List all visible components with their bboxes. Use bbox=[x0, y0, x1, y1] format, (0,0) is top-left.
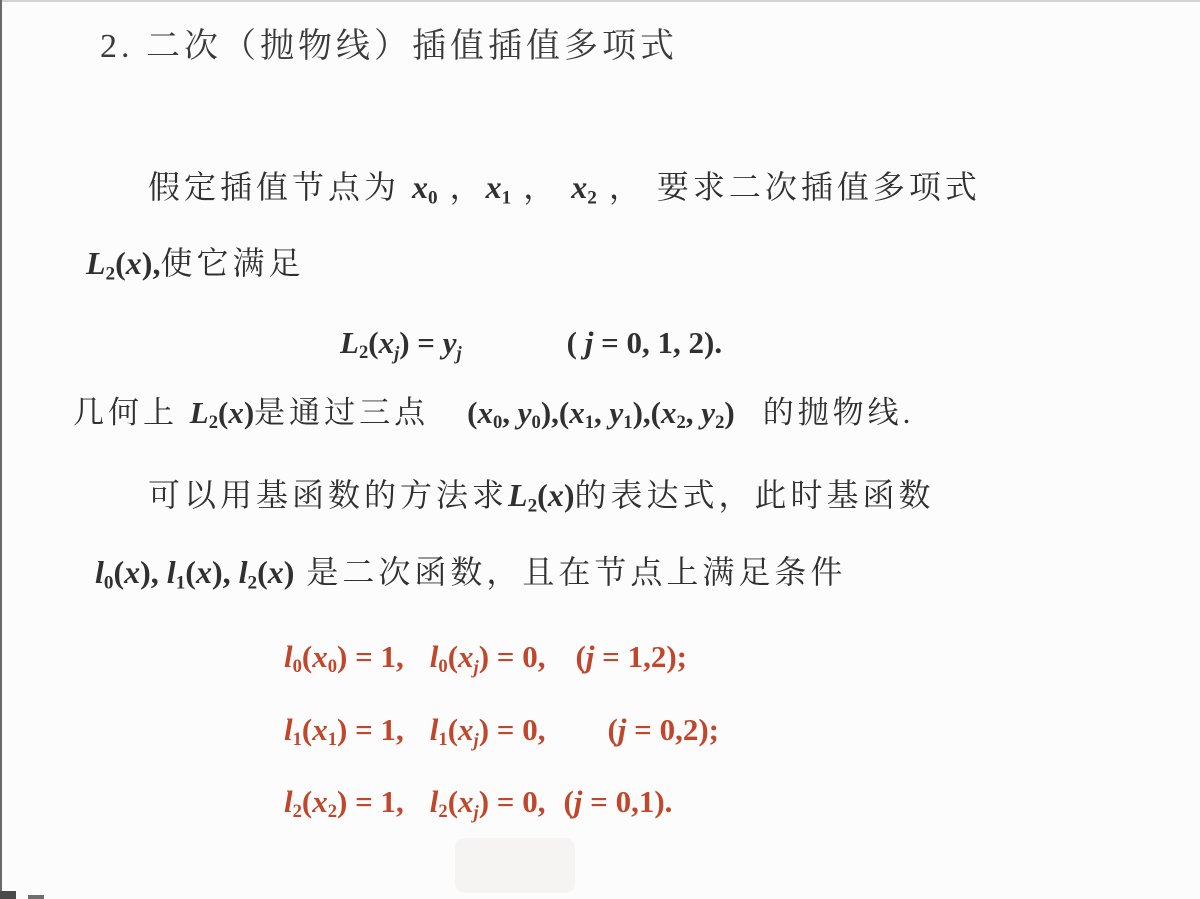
math-segment: L bbox=[190, 395, 209, 430]
math-segment: ) = 1, bbox=[337, 639, 404, 674]
spacer bbox=[404, 811, 430, 812]
math-segment: 1 bbox=[328, 729, 337, 750]
text-segment: 可以用基函数的方法求 bbox=[148, 477, 508, 513]
math-segment: ( bbox=[257, 554, 268, 590]
math-segment: y bbox=[443, 325, 457, 360]
math-segment: L bbox=[340, 325, 359, 360]
math-segment: 1 bbox=[502, 187, 512, 208]
math-segment: y bbox=[610, 395, 624, 430]
math-segment: ( bbox=[113, 554, 124, 590]
title-line: 2. 二次（抛物线）插值插值多项式 bbox=[100, 26, 678, 69]
spacer bbox=[735, 422, 763, 423]
line-setup: 假定插值节点为 x0 ，x1 ， x2 ， 要求二次插值多项式 bbox=[148, 167, 981, 210]
math-segment: y bbox=[518, 395, 532, 430]
math-segment: x bbox=[312, 639, 328, 674]
math-segment: ( bbox=[575, 639, 585, 674]
text-segment: 是二次函数，且在节点上满足条件 bbox=[294, 554, 846, 590]
math-segment: ( bbox=[115, 245, 126, 281]
spacer bbox=[404, 666, 430, 667]
math-segment: 1 bbox=[293, 729, 302, 750]
math-segment: , bbox=[686, 395, 702, 430]
text-segment: 是通过三点 bbox=[254, 395, 429, 430]
math-segment: = 1,2); bbox=[594, 639, 687, 674]
math-segment: ( bbox=[467, 395, 477, 430]
math-segment: l bbox=[95, 554, 104, 590]
slide-background: 2. 二次（抛物线）插值插值多项式假定插值节点为 x0 ，x1 ， x2 ， 要… bbox=[0, 0, 1200, 899]
math-segment: ) = 1, bbox=[337, 784, 404, 819]
math-segment: 2 bbox=[715, 412, 724, 433]
math-segment: x bbox=[458, 639, 474, 674]
math-segment: x bbox=[458, 712, 474, 747]
math-segment: x bbox=[569, 395, 585, 430]
line-basis-functions: l0(x), l1(x), l2(x) 是二次函数，且在节点上满足条件 bbox=[95, 552, 846, 595]
math-segment: 2 bbox=[247, 572, 257, 593]
math-segment: 2 bbox=[359, 342, 368, 363]
math-segment: L bbox=[508, 477, 528, 513]
math-segment: l bbox=[284, 712, 293, 747]
math-segment: = 0,2); bbox=[626, 712, 719, 747]
math-segment: ),( bbox=[541, 395, 569, 430]
formula-l0-conditions: l0(x0) = 1,l0(xj) = 0,(j = 1,2); bbox=[284, 638, 687, 680]
math-segment: x bbox=[312, 712, 328, 747]
math-segment: ( bbox=[302, 712, 312, 747]
left-edge-line bbox=[0, 0, 2, 899]
math-segment: 1 bbox=[585, 412, 594, 433]
math-segment: x bbox=[571, 169, 587, 205]
top-edge-line bbox=[0, 0, 1200, 2]
math-segment: 2 bbox=[438, 801, 447, 822]
math-segment: = 0,1). bbox=[582, 784, 672, 819]
math-segment: x bbox=[268, 554, 284, 590]
math-segment: , bbox=[594, 395, 610, 430]
text-segment: ， bbox=[438, 169, 486, 205]
math-segment: ), bbox=[140, 554, 167, 590]
text-segment: 的抛物线. bbox=[763, 395, 915, 430]
math-segment: x bbox=[228, 395, 244, 430]
math-segment: x bbox=[477, 395, 493, 430]
math-segment: 2 bbox=[293, 801, 302, 822]
math-segment: ) bbox=[564, 477, 575, 513]
spacer bbox=[429, 422, 467, 423]
math-segment: l bbox=[167, 554, 176, 590]
math-segment: l bbox=[284, 639, 293, 674]
math-segment: j bbox=[457, 343, 462, 364]
math-segment: 0 bbox=[328, 656, 337, 677]
math-segment: ( bbox=[563, 784, 573, 819]
text-segment: 几何上 bbox=[73, 395, 190, 430]
text-segment: 2. 二次（抛物线）插值插值多项式 bbox=[100, 28, 678, 65]
math-segment: 2 bbox=[328, 801, 337, 822]
math-segment: 2 bbox=[528, 495, 538, 516]
math-segment: x bbox=[458, 784, 474, 819]
spacer bbox=[404, 739, 430, 740]
math-segment: 1 bbox=[176, 572, 186, 593]
bottom-left-corner-mark-2 bbox=[28, 895, 44, 899]
math-segment: ( bbox=[448, 712, 458, 747]
math-segment: ), bbox=[142, 245, 161, 281]
text-segment: 假定插值节点为 bbox=[148, 169, 412, 205]
bottom-left-corner-mark bbox=[0, 891, 16, 899]
math-segment: 2 bbox=[587, 187, 597, 208]
text-segment: 使它满足 bbox=[160, 245, 304, 281]
math-segment: = 0, 1, 2). bbox=[593, 325, 722, 360]
math-segment: x bbox=[661, 395, 677, 430]
math-segment: 1 bbox=[623, 412, 632, 433]
text-segment: 的表达式，此时基函数 bbox=[574, 477, 934, 513]
math-segment: 1 bbox=[438, 729, 447, 750]
math-segment: ( bbox=[218, 395, 228, 430]
math-segment: ( bbox=[537, 477, 548, 513]
math-segment: x bbox=[412, 169, 428, 205]
text-segment: ， bbox=[511, 169, 571, 205]
math-segment: y bbox=[701, 395, 715, 430]
math-segment: ( bbox=[368, 325, 378, 360]
math-segment: x bbox=[124, 554, 140, 590]
line-l2-intro: L2(x),使它满足 bbox=[86, 243, 304, 286]
math-segment: 0 bbox=[493, 412, 502, 433]
formula-l2-conditions: l2(x2) = 1,l2(xj) = 0,(j = 0,1). bbox=[284, 783, 672, 825]
math-segment: x bbox=[379, 325, 395, 360]
math-segment: ) = 1, bbox=[337, 712, 404, 747]
math-segment: ) bbox=[244, 395, 254, 430]
math-segment: ( bbox=[448, 639, 458, 674]
math-segment: 2 bbox=[677, 412, 686, 433]
faint-smudge-artifact bbox=[455, 838, 575, 893]
math-segment: x bbox=[126, 245, 142, 281]
math-segment: 0 bbox=[532, 412, 541, 433]
math-segment: ( bbox=[302, 784, 312, 819]
math-segment: ( bbox=[448, 784, 458, 819]
math-segment: ) = 0, bbox=[479, 784, 546, 819]
math-segment: ),( bbox=[633, 395, 661, 430]
math-segment: ) bbox=[724, 395, 734, 430]
math-segment: x bbox=[196, 554, 212, 590]
math-segment: 0 bbox=[438, 656, 447, 677]
line-basis-method: 可以用基函数的方法求L2(x)的表达式，此时基函数 bbox=[148, 475, 934, 518]
formula-interpolation-condition: L2(xj) = yj( j = 0, 1, 2). bbox=[340, 324, 722, 366]
math-segment: ( bbox=[607, 712, 617, 747]
math-segment: ) = 0, bbox=[479, 639, 546, 674]
formula-l1-conditions: l1(x1) = 1,l1(xj) = 0,(j = 0,2); bbox=[284, 711, 719, 753]
math-segment: ) = 0, bbox=[479, 712, 546, 747]
spacer bbox=[545, 739, 607, 740]
math-segment: x bbox=[548, 477, 564, 513]
math-segment: 2 bbox=[106, 263, 116, 284]
math-segment: , bbox=[502, 395, 518, 430]
spacer bbox=[462, 352, 567, 353]
math-segment: l bbox=[284, 784, 293, 819]
math-segment: ( bbox=[567, 325, 585, 360]
math-segment: ) bbox=[284, 554, 295, 590]
math-segment: x bbox=[312, 784, 328, 819]
text-segment: ， 要求二次插值多项式 bbox=[597, 169, 981, 205]
spacer bbox=[545, 666, 575, 667]
math-segment: 0 bbox=[428, 187, 438, 208]
math-segment: ) = bbox=[399, 325, 443, 360]
math-segment: ), bbox=[212, 554, 239, 590]
math-segment: 2 bbox=[209, 412, 218, 433]
line-geometry: 几何上 L2(x)是通过三点(x0, y0),(x1, y1),(x2, y2)… bbox=[73, 394, 914, 434]
math-segment: 0 bbox=[293, 656, 302, 677]
math-segment: ( bbox=[185, 554, 196, 590]
spacer bbox=[545, 811, 563, 812]
math-segment: ( bbox=[302, 639, 312, 674]
math-segment: L bbox=[86, 245, 106, 281]
math-segment: x bbox=[486, 169, 502, 205]
